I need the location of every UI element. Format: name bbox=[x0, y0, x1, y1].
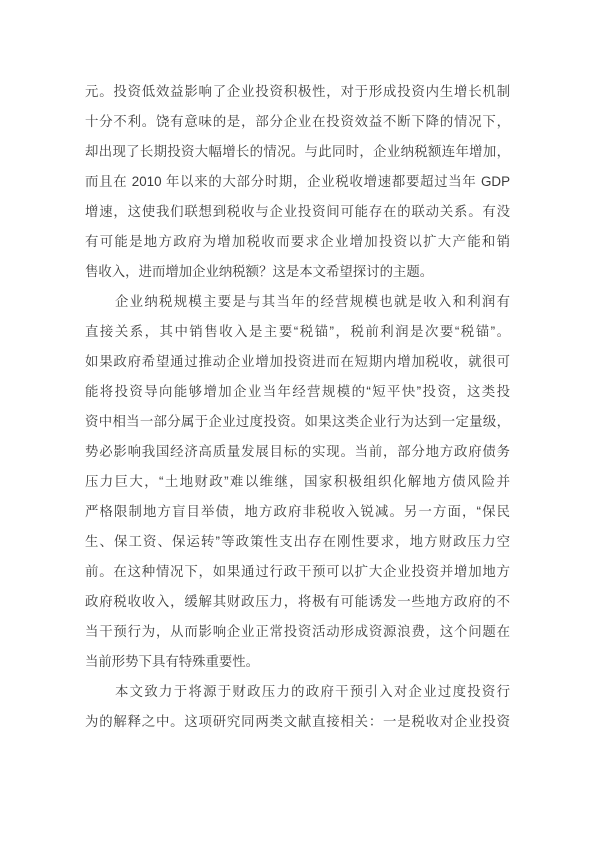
text-line: 生、保工资、保运转”等政策性支出存在刚性要求，地方财政压力空 bbox=[85, 527, 510, 557]
text-line: 售收入，进而增加企业纳税额？这是本文希望探讨的主题。 bbox=[85, 257, 510, 287]
text-line: 政府税收收入，缓解其财政压力，将极有可能诱发一些地方政府的不 bbox=[85, 587, 510, 617]
text-line: 而且在 2010 年以来的大部分时期，企业税收增速都要超过当年 GDP bbox=[85, 167, 510, 197]
text-line: 前。在这种情况下，如果通过行政干预可以扩大企业投资并增加地方 bbox=[85, 557, 510, 587]
document-page: 元。投资低效益影响了企业投资积极性，对于形成投资内生增长机制十分不利。饶有意味的… bbox=[0, 0, 595, 841]
paragraph-3: 本文致力于将源于财政压力的政府干预引入对企业过度投资行为的解释之中。这项研究同两… bbox=[85, 677, 510, 737]
text-line: 严格限制地方盲目举债，地方政府非税收入锐减。另一方面，“保民 bbox=[85, 497, 510, 527]
text-line: 势必影响我国经济高质量发展目标的实现。当前，部分地方政府债务 bbox=[85, 437, 510, 467]
text-line: 直接关系，其中销售收入是主要“税锚”，税前利润是次要“税锚”。 bbox=[85, 317, 510, 347]
text-line: 元。投资低效益影响了企业投资积极性，对于形成投资内生增长机制 bbox=[85, 77, 510, 107]
text-line: 本文致力于将源于财政压力的政府干预引入对企业过度投资行 bbox=[85, 677, 510, 707]
text-line: 当前形势下具有特殊重要性。 bbox=[85, 647, 510, 677]
paragraph-1: 元。投资低效益影响了企业投资积极性，对于形成投资内生增长机制十分不利。饶有意味的… bbox=[85, 77, 510, 287]
text-line: 如果政府希望通过推动企业增加投资进而在短期内增加税收，就很可 bbox=[85, 347, 510, 377]
text-line: 为的解释之中。这项研究同两类文献直接相关：一是税收对企业投资 bbox=[85, 707, 510, 737]
text-line: 当干预行为，从而影响企业正常投资活动形成资源浪费，这个问题在 bbox=[85, 617, 510, 647]
paragraph-2: 企业纳税规模主要是与其当年的经营规模也就是收入和利润有直接关系，其中销售收入是主… bbox=[85, 287, 510, 677]
text-line: 有可能是地方政府为增加税收而要求企业增加投资以扩大产能和销 bbox=[85, 227, 510, 257]
text-line: 能将投资导向能够增加企业当年经营规模的“短平快”投资，这类投 bbox=[85, 377, 510, 407]
text-line: 增速，这使我们联想到税收与企业投资间可能存在的联动关系。有没 bbox=[85, 197, 510, 227]
text-line: 企业纳税规模主要是与其当年的经营规模也就是收入和利润有 bbox=[85, 287, 510, 317]
text-line: 资中相当一部分属于企业过度投资。如果这类企业行为达到一定量级， bbox=[85, 407, 510, 437]
text-block: 元。投资低效益影响了企业投资积极性，对于形成投资内生增长机制十分不利。饶有意味的… bbox=[85, 77, 510, 737]
text-line: 压力巨大，“土地财政”难以维继，国家积极组织化解地方债风险并 bbox=[85, 467, 510, 497]
text-line: 十分不利。饶有意味的是，部分企业在投资效益不断下降的情况下， bbox=[85, 107, 510, 137]
text-line: 却出现了长期投资大幅增长的情况。与此同时，企业纳税额连年增加， bbox=[85, 137, 510, 167]
